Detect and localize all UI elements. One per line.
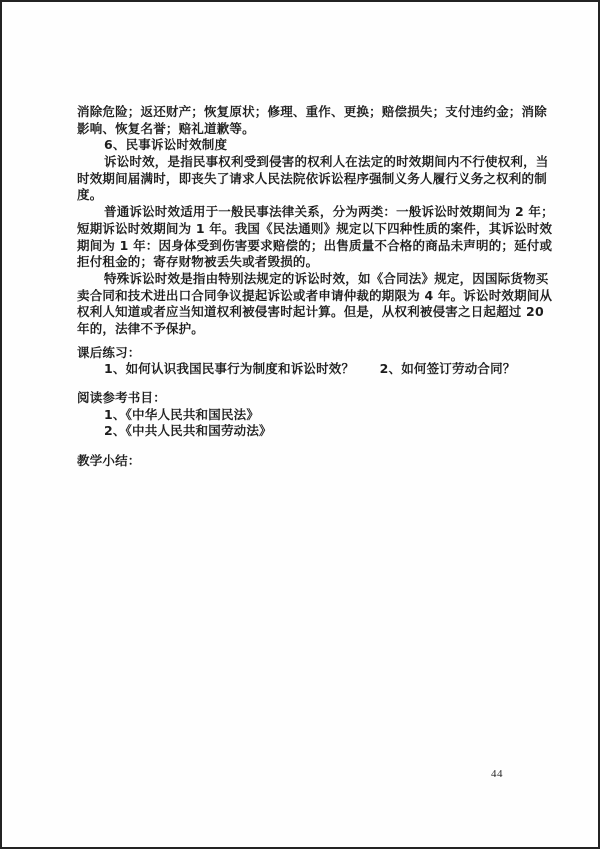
text-line: 1、《中华人民共和国民法》 <box>77 407 535 424</box>
text-line: 卖合同和技术进出口合同争议提起诉讼或者申请仲裁的期限为 4 年。诉讼时效期间从 <box>77 288 535 305</box>
text-line: 影响、恢复名誉；赔礼道歉等。 <box>77 121 535 138</box>
text-line: 拒付租金的；寄存财物被丢失或者毁损的。 <box>77 254 535 271</box>
text-line: 年的，法律不予保护。 <box>77 321 535 338</box>
text-line: 诉讼时效，是指民事权利受到侵害的权利人在法定的时效期间内不行使权利，当 <box>77 154 535 171</box>
text-line: 短期诉讼时效期间为 1 年。我国《民法通则》规定以下四种性质的案件，其诉讼时效 <box>77 221 535 238</box>
text-line: 阅读参考书目： <box>77 390 535 407</box>
homework-section: 课后练习：1、如何认识我国民事行为制度和诉讼时效？ 2、如何签订劳动合同？ <box>77 345 535 378</box>
text-line: 特殊诉讼时效是指由特别法规定的诉讼时效，如《合同法》规定，因国际货物买 <box>77 271 535 288</box>
text-line: 课后练习： <box>77 345 535 362</box>
text-line: 消除危险；返还财产；恢复原状；修理、重作、更换；赔偿损失；支付违约金；消除 <box>77 104 535 121</box>
text-line: 1、如何认识我国民事行为制度和诉讼时效？ 2、如何签订劳动合同？ <box>77 361 535 378</box>
reading-list-section: 阅读参考书目：1、《中华人民共和国民法》2、《中共人民共和国劳动法》 <box>77 390 535 440</box>
text-line: 普通诉讼时效适用于一般民事法律关系，分为两类：一般诉讼时效期间为 2 年； <box>77 204 535 221</box>
text-line: 2、《中共人民共和国劳动法》 <box>77 423 535 440</box>
text-line: 6、民事诉讼时效制度 <box>77 137 535 154</box>
text-line: 时效期间届满时，即丧失了请求人民法院依诉讼程序强制义务人履行义务之权利的制 <box>77 171 535 188</box>
text-line: 度。 <box>77 187 535 204</box>
page-number: 44 <box>491 768 503 780</box>
text-line: 期间为 1 年：因身体受到伤害要求赔偿的；出售质量不合格的商品未声明的；延付或 <box>77 238 535 255</box>
document-content: 消除危险；返还财产；恢复原状；修理、重作、更换；赔偿损失；支付违约金；消除影响、… <box>77 104 535 470</box>
body-text: 消除危险；返还财产；恢复原状；修理、重作、更换；赔偿损失；支付违约金；消除影响、… <box>77 104 535 338</box>
summary-section: 教学小结： <box>77 453 535 470</box>
text-line: 权利人知道或者应当知道权利被侵害时起计算。但是，从权利被侵害之日起超过 20 <box>77 304 535 321</box>
text-line: 教学小结： <box>77 453 535 470</box>
document-page: 消除危险；返还财产；恢复原状；修理、重作、更换；赔偿损失；支付违约金；消除影响、… <box>0 0 600 849</box>
